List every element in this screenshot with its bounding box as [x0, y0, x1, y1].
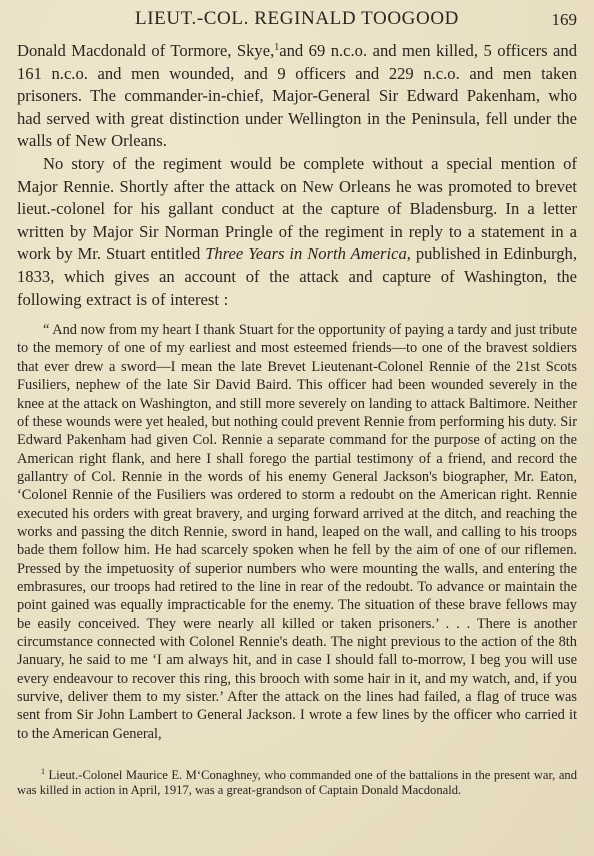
paragraph-text: Donald Macdonald of Tormore, Skye, [17, 41, 274, 60]
quote-text: “ And now from my heart I thank Stuart f… [17, 321, 577, 743]
paragraph-1: Donald Macdonald of Tormore, Skye,1and 6… [17, 40, 577, 153]
running-title: LIEUT.-COL. REGINALD TOOGOOD [17, 8, 577, 30]
book-page: LIEUT.-COL. REGINALD TOOGOOD 169 Donald … [17, 0, 577, 798]
page-number: 169 [552, 10, 578, 30]
footnote-section: 1 Lieut.-Colonel Maurice E. M‘Conaghney,… [17, 768, 577, 798]
footnote-1: 1 Lieut.-Colonel Maurice E. M‘Conaghney,… [17, 768, 577, 798]
main-text: Donald Macdonald of Tormore, Skye,1and 6… [17, 40, 577, 311]
block-quote: “ And now from my heart I thank Stuart f… [17, 321, 577, 743]
paragraph-2: No story of the regiment would be comple… [17, 153, 577, 311]
running-head: LIEUT.-COL. REGINALD TOOGOOD 169 [17, 6, 577, 40]
book-title: Three Years in North America [205, 244, 407, 263]
footnote-marker: 1 [41, 767, 45, 776]
footnote-text: Lieut.-Colonel Maurice E. M‘Conaghney, w… [17, 768, 577, 797]
